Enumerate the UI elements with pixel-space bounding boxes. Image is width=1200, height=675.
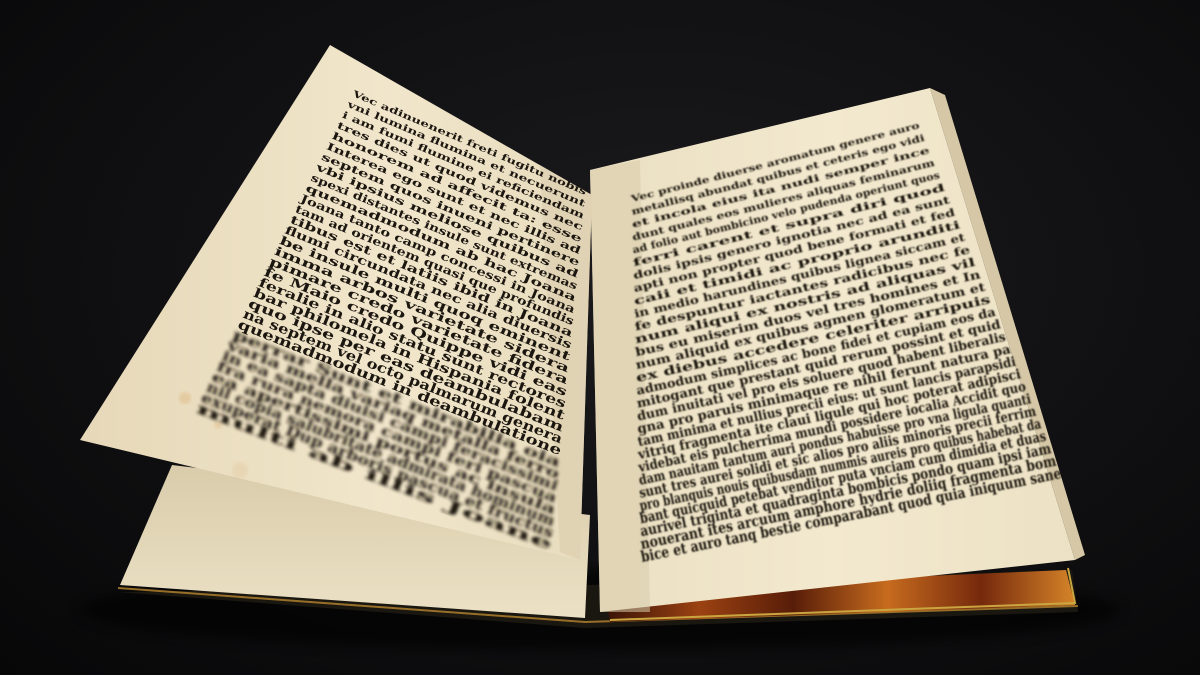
- left-page: Vec adinuenerit freti fugitu nobisvni lu…: [80, 45, 592, 560]
- book-photo: Vec proinde diuerse aromatum genere auro…: [0, 0, 1200, 675]
- photo-scene: Vec proinde diuerse aromatum genere auro…: [0, 0, 1200, 675]
- right-page: Vec proinde diuerse aromatum genere auro…: [590, 88, 1085, 612]
